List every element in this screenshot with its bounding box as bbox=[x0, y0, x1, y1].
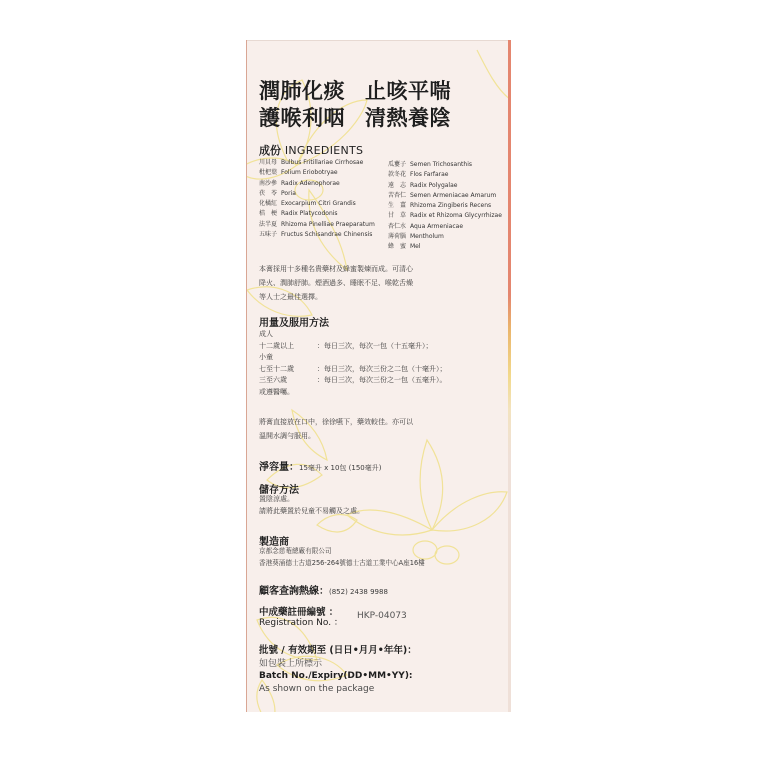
batch-expiry: 批號 / 有效期至 (日日•月月•年年)： 如包裝上所標示 Batch No./… bbox=[259, 645, 417, 695]
ingredient-item: 苦杏仁Semen Armeniacae Amarum bbox=[388, 191, 502, 201]
ingredient-item: 薄荷腦Mentholum bbox=[388, 232, 502, 242]
ingredients-list-left: 川貝母Bulbus Fritillariae Cirrhosae 枇杷葉Foli… bbox=[259, 158, 375, 240]
ingredient-item: 遠 志Radix Polygalae bbox=[388, 181, 502, 191]
registration: 中成藥註冊編號 ： Registration No. ： HKP-04073 bbox=[259, 607, 343, 629]
dosage-row: 三至六歲：每日三次，每次三份之一包（五毫升）。 bbox=[259, 375, 447, 387]
ingredient-item: 枇杷葉Folium Eriobotryae bbox=[259, 168, 375, 178]
ingredient-item: 生 薑Rhizoma Zingiberis Recens bbox=[388, 201, 502, 211]
headline-text: 清熱養陰 bbox=[365, 105, 451, 132]
headline-text: 止咳平喘 bbox=[365, 78, 451, 105]
dosage-row: 七至十二歲：每日三次，每次三份之二包（十毫升）； bbox=[259, 364, 447, 376]
usage-dosage: 成人 十二歲以上：每日三次，每次一包（十五毫升）； 小童 七至十二歲：每日三次，… bbox=[259, 329, 447, 398]
headline: 潤肺化痰 止咳平喘 護喉利咽 清熱養陰 bbox=[259, 78, 509, 132]
ingredient-item: 茯 苓Poria bbox=[259, 189, 375, 199]
net-volume: 淨容量：15毫升 x 10包 (150毫升) bbox=[259, 455, 381, 474]
ingredient-item: 甘 草Radix et Rhizoma Glycyrrhizae bbox=[388, 211, 502, 221]
ingredient-item: 杏仁水Aqua Armeniacae bbox=[388, 222, 502, 232]
ingredient-item: 南沙參Radix Adenophorae bbox=[259, 179, 375, 189]
ingredients-heading: 成份 INGREDIENTS bbox=[259, 142, 363, 158]
ingredients-list-right: 瓜蔞子Semen Trichosanthis 款冬花Flos Farfarae … bbox=[388, 160, 502, 253]
manufacturer-info: 京都念慈菴總廠有限公司 香港葵涌德士古道256-264號德士古道工業中心A座16… bbox=[259, 545, 425, 569]
dosage-row: 十二歲以上：每日三次，每次一包（十五毫升）； bbox=[259, 341, 447, 353]
ingredient-item: 桔 梗Radix Platycodonis bbox=[259, 209, 375, 219]
registration-number: HKP-04073 bbox=[357, 611, 407, 622]
headline-text: 潤肺化痰 bbox=[259, 78, 345, 105]
customer-hotline: 顧客查詢熱線：(852) 2438 9988 bbox=[259, 579, 388, 598]
ingredient-item: 蜂 蜜Mel bbox=[388, 242, 502, 252]
description: 本膏採用十多種名貴藥材及蜂蜜製煉而成。可清心 降火、潤肺舒肺。煙酒過多、睡眠不足… bbox=[259, 262, 413, 304]
color-edge-stripe bbox=[508, 40, 511, 712]
headline-text: 護喉利咽 bbox=[259, 105, 345, 132]
package-back-panel: 潤肺化痰 止咳平喘 護喉利咽 清熱養陰 成份 INGREDIENTS 川貝母Bu… bbox=[246, 40, 511, 712]
usage-heading: 用量及服用方法 bbox=[259, 314, 329, 329]
ingredient-item: 法半夏Rhizoma Pinelliae Praeparatum bbox=[259, 220, 375, 230]
ingredient-item: 化橘紅Exocarpium Citri Grandis bbox=[259, 199, 375, 209]
ingredient-item: 款冬花Flos Farfarae bbox=[388, 170, 502, 180]
ingredient-item: 五味子Fructus Schisandrae Chinensis bbox=[259, 230, 375, 240]
usage-method: 將膏直接放在口中，徐徐嚥下，藥效較佳。亦可以 溫開水調勻服用。 bbox=[259, 415, 413, 443]
storage-text: 置陰涼處。 請將此藥置於兒童不易觸及之處。 bbox=[259, 493, 364, 517]
ingredient-item: 瓜蔞子Semen Trichosanthis bbox=[388, 160, 502, 170]
ingredient-item: 川貝母Bulbus Fritillariae Cirrhosae bbox=[259, 158, 375, 168]
